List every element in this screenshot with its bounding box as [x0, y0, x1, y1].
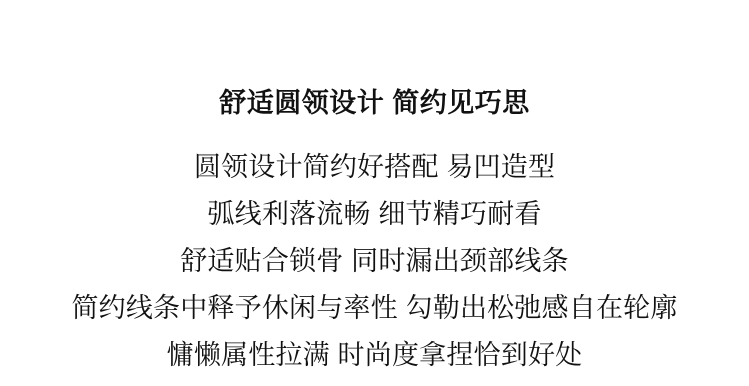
- section-title: 舒适圆领设计 简约见巧思: [0, 86, 749, 120]
- product-description-section: 舒适圆领设计 简约见巧思 圆领设计简约好搭配 易凹造型 弧线利落流畅 细节精巧耐…: [0, 0, 749, 379]
- description-line-5: 慵懒属性拉满 时尚度拿捏恰到好处: [0, 332, 749, 379]
- description-line-3: 舒适贴合锁骨 同时漏出颈部线条: [0, 238, 749, 285]
- description-line-4: 简约线条中释予休闲与率性 勾勒出松弛感自在轮廓: [0, 285, 749, 332]
- description-line-1: 圆领设计简约好搭配 易凹造型: [0, 144, 749, 191]
- description-line-2: 弧线利落流畅 细节精巧耐看: [0, 191, 749, 238]
